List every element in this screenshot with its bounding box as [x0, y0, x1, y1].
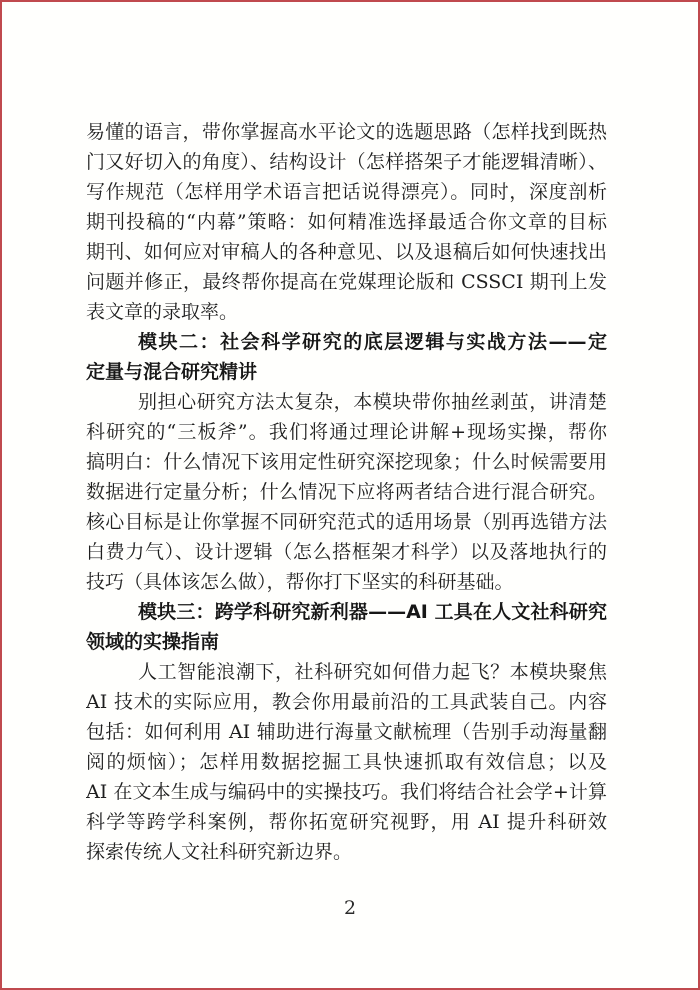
document-text-block: 易懂的语言，带你掌握高水平论文的选题思路（怎样找到既热门又好切入的角度）、结构设… — [86, 117, 607, 867]
heading-line: 模块二：社会科学研究的底层逻辑与实战方法——定性、 — [86, 327, 607, 357]
page-number: 2 — [2, 893, 698, 923]
body-line: 人工智能浪潮下，社科研究如何借力起飞？本模块聚焦 — [86, 657, 607, 687]
body-line: AI 技术的实际应用，教会你用最前沿的工具武装自己。内容 — [86, 687, 607, 717]
body-line: 科研究的“三板斧”。我们将通过理论讲解+现场实操，帮你 — [86, 417, 607, 447]
body-line: 问题并修正，最终帮你提高在党媒理论版和 CSSCI 期刊上发 — [86, 267, 607, 297]
heading-line: 模块三：跨学科研究新利器——AI 工具在人文社科研究 — [86, 597, 607, 627]
body-line: 数据进行定量分析；什么情况下应将两者结合进行混合研究。 — [86, 477, 607, 507]
body-line: 包括：如何利用 AI 辅助进行海量文献梳理（告别手动海量翻 — [86, 717, 607, 747]
body-line: 表文章的录取率。 — [86, 297, 607, 327]
body-line: 阅的烦恼）；怎样用数据挖掘工具快速抓取有效信息；以及 — [86, 747, 607, 777]
body-line: AI 在文本生成与编码中的实操技巧。我们将结合社会学+计算 — [86, 777, 607, 807]
body-line: 期刊投稿的“内幕”策略：如何精准选择最适合你文章的目标 — [86, 207, 607, 237]
body-line: 写作规范（怎样用学术语言把话说得漂亮）。同时，深度剖析 — [86, 177, 607, 207]
body-line: 技巧（具体该怎么做），帮你打下坚实的科研基础。 — [86, 567, 607, 597]
heading-line: 定量与混合研究精讲 — [86, 357, 607, 387]
body-line: 科学等跨学科案例，帮你拓宽研究视野，用 AI 提升科研效率， — [86, 807, 607, 837]
body-line: 别担心研究方法太复杂，本模块带你抽丝剥茧，讲清楚社 — [86, 387, 607, 417]
body-line: 搞明白：什么情况下该用定性研究深挖现象；什么时候需要用 — [86, 447, 607, 477]
body-line: 探索传统人文社科研究新边界。 — [86, 837, 607, 867]
body-line: 期刊、如何应对审稿人的各种意见、以及退稿后如何快速找出 — [86, 237, 607, 267]
heading-line: 领域的实操指南 — [86, 627, 607, 657]
body-line: 易懂的语言，带你掌握高水平论文的选题思路（怎样找到既热 — [86, 117, 607, 147]
body-line: 白费力气）、设计逻辑（怎么搭框架才科学）以及落地执行的 — [86, 537, 607, 567]
document-page: 易懂的语言，带你掌握高水平论文的选题思路（怎样找到既热门又好切入的角度）、结构设… — [0, 0, 700, 990]
body-line: 门又好切入的角度）、结构设计（怎样搭架子才能逻辑清晰）、 — [86, 147, 607, 177]
body-line: 核心目标是让你掌握不同研究范式的适用场景（别再选错方法 — [86, 507, 607, 537]
